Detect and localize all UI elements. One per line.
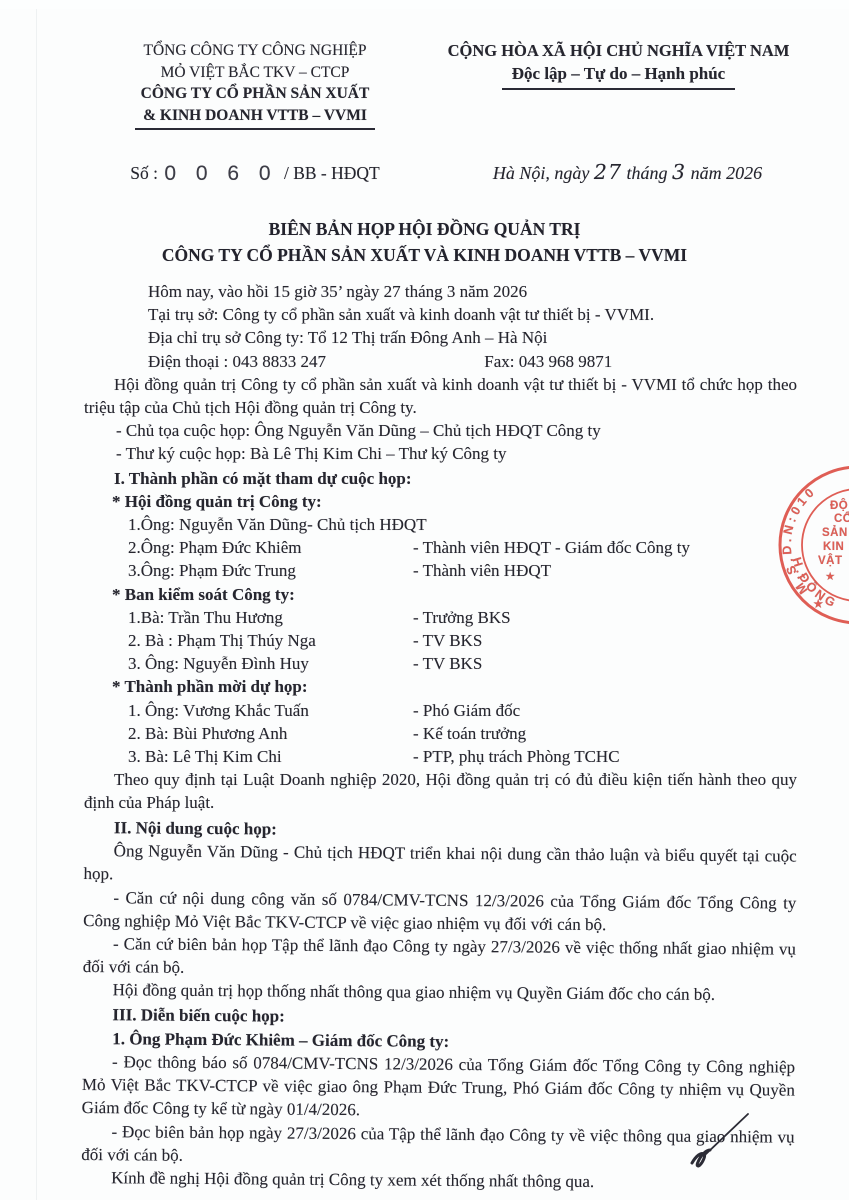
handwritten-day: 27 [594, 160, 622, 184]
attendee-row: 3. Ông: Nguyễn Đình Huy- TV BKS [84, 652, 797, 675]
chairman-line: - Chủ tọa cuộc họp: Ông Nguyễn Văn Dũng … [84, 419, 797, 442]
attendee-role: - TV BKS [413, 654, 482, 673]
scanned-document-page: TỔNG CÔNG TY CÔNG NGHIỆP MỎ VIỆT BẮC TKV… [0, 0, 849, 1200]
section2-paragraph: - Căn cứ nội dung công văn số 0784/CMV-T… [83, 885, 796, 937]
date-prefix: Hà Nội, ngày [493, 163, 590, 183]
seal-center-line: CỔ [834, 512, 849, 525]
document-title: BIÊN BẢN HỌP HỘI ĐỒNG QUẢN TRỊ CÔNG TY C… [0, 217, 849, 268]
attendee-role: - Thành viên HĐQT - Giám đốc Công ty [413, 538, 690, 557]
group-board-heading: * Hội đồng quản trị Công ty: [84, 490, 797, 513]
section3-paragraph: - Đọc thông báo số 0784/CMV-TCNS 12/3/20… [82, 1050, 796, 1125]
section3-paragraph: Kính đề nghị Hội đồng quản trị Công ty x… [81, 1166, 794, 1195]
phone-fax-line: Điện thoại : 043 8833 247 Fax: 043 968 9… [84, 350, 797, 373]
law-basis-paragraph: Theo quy định tại Luật Doanh nghiệp 2020… [84, 768, 797, 814]
meeting-venue-line: Tại trụ sở: Công ty cổ phần sản xuất và … [84, 303, 797, 326]
attendee-role: - Thành viên HĐQT [413, 561, 551, 580]
parent-org-line1: TỔNG CÔNG TY CÔNG NGHIỆP [94, 40, 416, 62]
attendee-name: 1.Bà: Trần Thu Hương [128, 606, 413, 629]
phone-number: Điện thoại : 043 8833 247 [148, 350, 480, 373]
parent-org-line2: MỎ VIỆT BẮC TKV – CTCP [94, 62, 416, 84]
date-suffix: năm 2026 [691, 163, 763, 183]
group-invitees-heading: * Thành phần mời dự họp: [84, 675, 797, 698]
attendee-name: 1. Ông: Vương Khắc Tuấn [128, 699, 413, 722]
attendee-name: 2. Bà : Phạm Thị Thúy Nga [128, 629, 413, 652]
attendee-row: 1. Ông: Vương Khắc Tuấn- Phó Giám đốc [84, 699, 797, 722]
meeting-time-line: Hôm nay, vào hồi 15 giờ 35’ ngày 27 thán… [84, 280, 797, 303]
attendee-name: 3. Bà: Lê Thị Kim Chi [128, 745, 413, 768]
attendee-role: - Trưởng BKS [413, 608, 511, 627]
attendee-row: 2. Bà: Bùi Phương Anh- Kế toán trưởng [84, 722, 797, 745]
seal-center-line: ★ [825, 571, 836, 583]
attendee-row: 2. Bà : Phạm Thị Thúy Nga- TV BKS [84, 629, 797, 652]
attendee-role: - PTP, phụ trách Phòng TCHC [413, 747, 620, 766]
attendee-name: 2. Bà: Bùi Phương Anh [128, 722, 413, 745]
company-name-line1: CÔNG TY CỔ PHẦN SẢN XUẤT [94, 83, 416, 105]
attendee-role: - TV BKS [413, 631, 482, 650]
doc-no-stamped-digits: 0 0 6 0 [162, 162, 279, 185]
seal-center-line: KIN [823, 541, 844, 553]
attendee-row: 2.Ông: Phạm Đức Khiêm- Thành viên HĐQT -… [84, 536, 797, 559]
title-line2: CÔNG TY CỔ PHẦN SẢN XUẤT VÀ KINH DOANH V… [0, 243, 849, 269]
doc-no-prefix: Số : [130, 163, 158, 183]
lower-body: II. Nội dung cuộc họp: Ông Nguyễn Văn Dũ… [81, 816, 797, 1195]
document-header: TỔNG CÔNG TY CÔNG NGHIỆP MỎ VIỆT BẮC TKV… [0, 0, 849, 130]
document-body: Hôm nay, vào hồi 15 giờ 35’ ngày 27 thán… [84, 280, 797, 1189]
fax-number: Fax: 043 968 9871 [484, 352, 612, 371]
date-thang: tháng [627, 163, 668, 183]
place-date-line: Hà Nội, ngày 27 tháng 3 năm 2026 [416, 160, 849, 184]
section2-paragraph: Ông Nguyễn Văn Dũng - Chủ tịch HĐQT triể… [83, 839, 796, 891]
national-title: CỘNG HÒA XÃ HỘI CHỦ NGHĨA VIỆT NAM [416, 40, 821, 62]
handwritten-month: 3 [672, 160, 686, 184]
attendee-row: 1.Ông: Nguyễn Văn Dũng- Chủ tịch HĐQT [84, 513, 797, 536]
group-supervisory-heading: * Ban kiểm soát Công ty: [84, 583, 797, 606]
attendee-role: - Chủ tịch HĐQT [307, 515, 426, 534]
attendee-row: 3. Bà: Lê Thị Kim Chi- PTP, phụ trách Ph… [84, 745, 797, 768]
company-name-line2: & KINH DOANH VTTB – VVMI [94, 105, 416, 131]
attendee-name: 3.Ông: Phạm Đức Trung [128, 559, 413, 582]
national-header-block: CỘNG HÒA XÃ HỘI CHỦ NGHĨA VIỆT NAM Độc l… [416, 40, 849, 130]
section1-heading: I. Thành phần có mặt tham dự cuộc họp: [84, 467, 797, 490]
attendee-name: 2.Ông: Phạm Đức Khiêm [128, 536, 413, 559]
issuing-org-block: TỔNG CÔNG TY CÔNG NGHIỆP MỎ VIỆT BẮC TKV… [94, 40, 416, 130]
document-number: Số : 0 0 6 0 / BB - HĐQT [94, 162, 416, 186]
doc-no-suffix: / BB - HĐQT [284, 163, 380, 183]
national-motto: Độc lập – Tự do – Hạnh phúc [502, 64, 735, 90]
section2-paragraph: - Căn cứ biên bản họp Tập thể lãnh đạo C… [83, 932, 796, 984]
attendee-name: 3. Ông: Nguyễn Đình Huy [128, 652, 413, 675]
attendee-name: 1.Ông: Nguyễn Văn Dũng [128, 513, 307, 536]
attendee-row: 1.Bà: Trần Thu Hương- Trưởng BKS [84, 606, 797, 629]
secretary-line: - Thư ký cuộc họp: Bà Lê Thị Kim Chi – T… [84, 442, 797, 465]
seal-center-line: SẢN [822, 526, 848, 539]
title-line1: BIÊN BẢN HỌP HỘI ĐỒNG QUẢN TRỊ [0, 217, 849, 243]
attendee-role: - Phó Giám đốc [413, 701, 520, 720]
attendee-role: - Kế toán trưởng [413, 724, 526, 743]
document-meta-row: Số : 0 0 6 0 / BB - HĐQT Hà Nội, ngày 27… [0, 160, 849, 186]
company-address-line: Địa chỉ trụ sở Công ty: Tổ 12 Thị trấn Đ… [84, 326, 797, 349]
convene-paragraph: Hội đồng quản trị Công ty cổ phần sản xu… [84, 373, 797, 419]
seal-center-line: VẬT [818, 554, 843, 567]
seal-center-line: ĐỘ [830, 499, 848, 512]
attendee-row: 3.Ông: Phạm Đức Trung- Thành viên HĐQT [84, 559, 797, 582]
section3-paragraph: - Đọc biên bản họp ngày 27/3/2026 của Tậ… [81, 1119, 794, 1171]
